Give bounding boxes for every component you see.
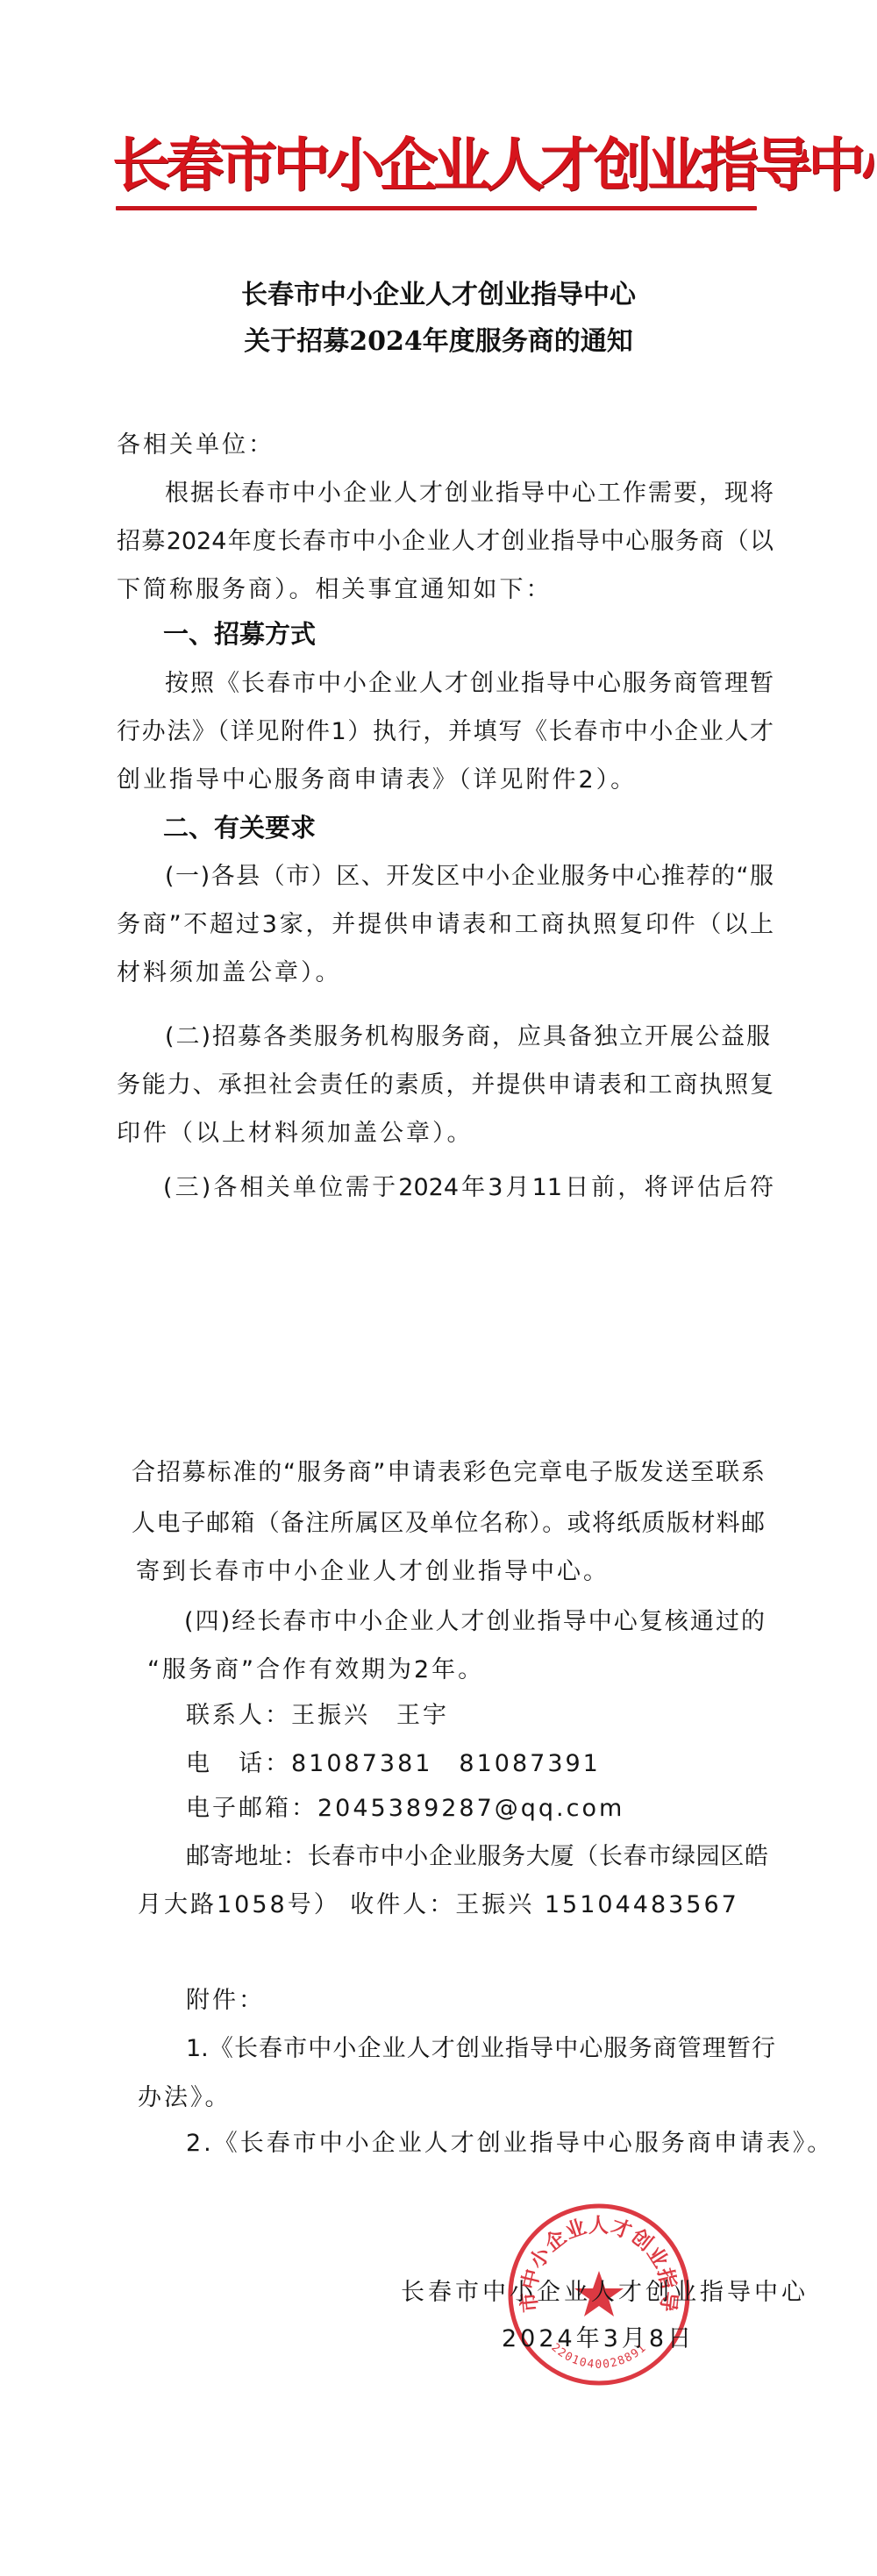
masthead-char: 春 (166, 128, 219, 203)
masthead-char: 业 (647, 128, 701, 203)
requirement-2-line: 印件（以上材料须加盖公章）。 (117, 1118, 474, 1149)
contact-address-line-1: 邮寄地址：长春市中小企业服务大厦（长春市绿园区皓 (186, 1841, 768, 1873)
masthead-char: 市 (219, 128, 273, 203)
attachment-2: 2.《长春市中小企业人才创业指导中心服务商申请表》。 (186, 2128, 833, 2160)
signature-organization: 长春市中小企业人才创业指导中心 (401, 2277, 809, 2309)
signature-date: 2024年3月8日 (502, 2323, 695, 2355)
requirement-4-line: (四)经长春市中小企业人才创业指导中心复核通过的 (184, 1606, 765, 1638)
attachment-1-continued: 办法》。 (138, 2082, 232, 2114)
requirement-3-line: (三)各相关单位需于2024年3月11日前，将评估后符 (163, 1172, 774, 1204)
email-label: 电子邮箱： (186, 1795, 317, 1822)
contact-address-line-2: 月大路1058号） 收件人：王振兴 15104483567 (138, 1889, 739, 1921)
intro-line: 根据长春市中小企业人才创业指导中心工作需要，现将 (165, 478, 774, 509)
document-title-line-2: 关于招募2024年度服务商的通知 (0, 324, 877, 359)
address-label: 邮寄地址： (186, 1843, 307, 1870)
requirement-2-line: (二)招募各类服务机构服务商，应具备独立开展公益服 (165, 1021, 770, 1053)
masthead-char: 导 (754, 128, 808, 203)
intro-line: 招募2024年度长春市中小企业人才创业指导中心服务商（以 (117, 526, 774, 558)
section-1-line: 行办法》（详见附件1）执行，并填写《长春市中小企业人才 (117, 716, 774, 748)
masthead-char: 中 (808, 128, 861, 203)
contact-person-label: 联系人： (186, 1702, 291, 1729)
section-1-line: 按照《长春市中小企业人才创业指导中心服务商管理暂 (165, 668, 774, 700)
masthead-char: 指 (701, 128, 754, 203)
section-heading-requirements: 二、有关要求 (163, 811, 316, 844)
masthead-char: 企 (380, 128, 433, 203)
requirement-1-line: 材料须加盖公章）。 (117, 957, 342, 989)
masthead-char: 业 (433, 128, 487, 203)
requirement-3-line: 合招募标准的“服务商”申请表彩色完章电子版发送至联系 (132, 1457, 765, 1489)
masthead-char: 长 (112, 128, 166, 203)
masthead-char: 小 (326, 128, 380, 203)
masthead-org-name: 长 春 市 中 小 企 业 人 才 创 业 指 导 中 心 (112, 128, 761, 203)
phone-label: 电 话： (186, 1750, 291, 1777)
attachments-label: 附件： (186, 1985, 265, 2017)
contact-email: 电子邮箱：2045389287@qq.com (186, 1793, 624, 1825)
document-title-line-1: 长春市中小企业人才创业指导中心 (0, 278, 877, 313)
masthead-red-rule (116, 206, 757, 210)
salutation: 各相关单位： (117, 430, 275, 461)
requirement-3-line: 寄到长春市中小企业人才创业指导中心。 (136, 1556, 610, 1588)
contact-phone: 电 话：81087381 81087391 (186, 1748, 601, 1780)
requirement-3-line: 人电子邮箱（备注所属区及单位名称）。或将纸质版材料邮 (132, 1508, 765, 1540)
masthead-char: 人 (487, 128, 540, 203)
masthead-char: 中 (273, 128, 326, 203)
requirement-2-line: 务能力、承担社会责任的素质，并提供申请表和工商执照复 (117, 1070, 774, 1101)
phone-value: 81087381 81087391 (291, 1750, 601, 1777)
document-page: 长 春 市 中 小 企 业 人 才 创 业 指 导 中 心 长春市中小企业人才创… (0, 0, 877, 2576)
masthead-char: 创 (594, 128, 647, 203)
contact-person-value: 王振兴 王宇 (291, 1702, 449, 1729)
address-value: 长春市中小企业服务大厦（长春市绿园区皓 (307, 1843, 768, 1870)
requirement-4-line: “服务商”合作有效期为2年。 (147, 1654, 484, 1686)
section-1-line: 创业指导中心服务商申请表》（详见附件2）。 (117, 765, 637, 796)
masthead-char: 心 (861, 128, 877, 203)
requirement-1-line: (一)各县（市）区、开发区中小企业服务中心推荐的“服 (165, 861, 774, 893)
intro-line: 下简称服务商）。相关事宜通知如下： (117, 574, 553, 606)
contact-person: 联系人：王振兴 王宇 (186, 1700, 449, 1732)
requirement-1-line: 务商”不超过3家，并提供申请表和工商执照复印件（以上 (117, 909, 774, 941)
attachment-1: 1.《长春市中小企业人才创业指导中心服务商管理暂行 (186, 2033, 775, 2065)
masthead-char: 才 (540, 128, 594, 203)
section-heading-recruitment-method: 一、招募方式 (163, 617, 316, 651)
email-value: 2045389287@qq.com (317, 1795, 624, 1822)
